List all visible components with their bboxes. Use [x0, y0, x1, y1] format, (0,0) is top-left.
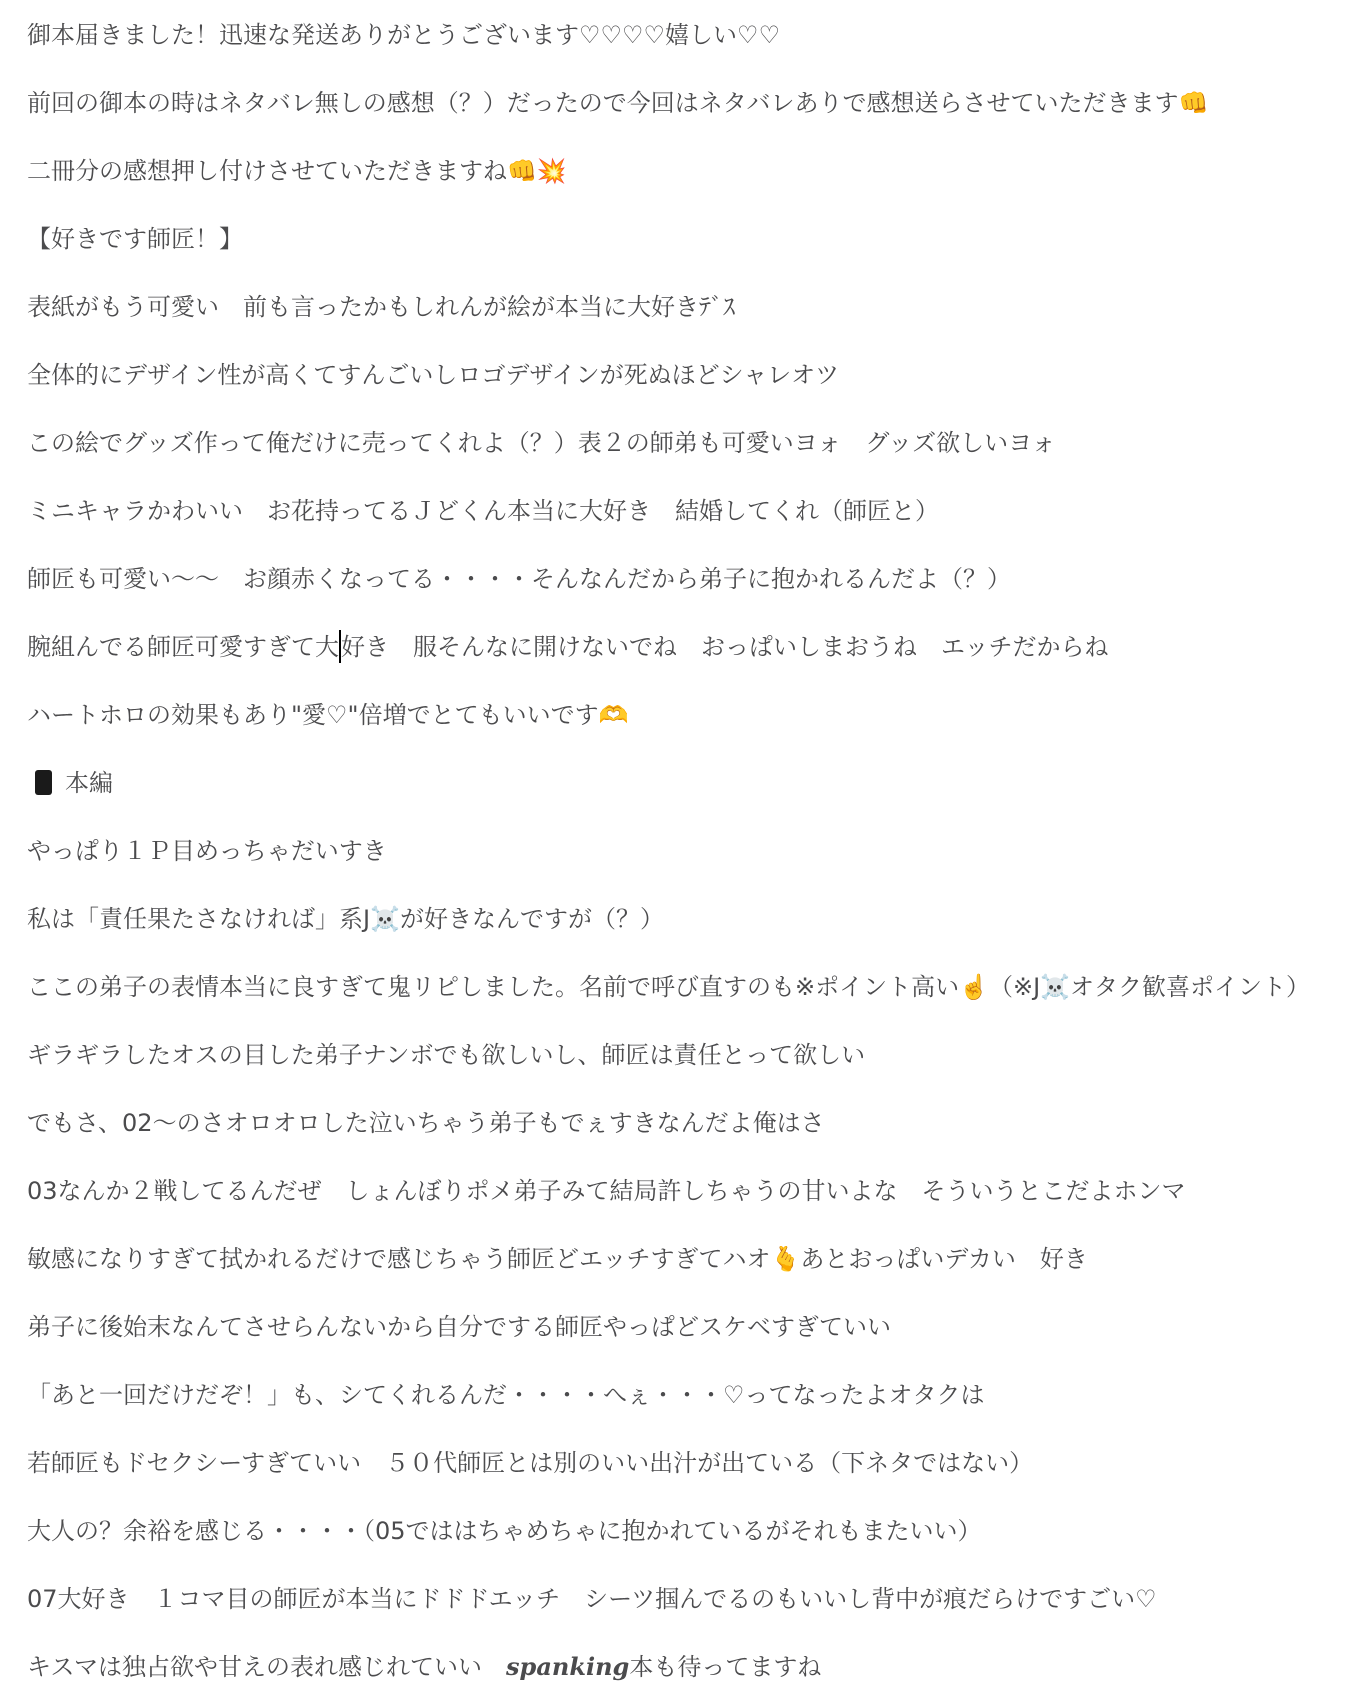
- text-line-with-styled-word[interactable]: キスマは独占欲や甘えの表れ感じれていい spanking本も待ってますね: [27, 1633, 1340, 1696]
- text-line[interactable]: 前回の御本の時はネタバレ無しの感想（？）だったので今回はネタバレありで感想送らさ…: [27, 69, 1340, 137]
- text-line[interactable]: 全体的にデザイン性が高くてすんごいしロゴデザインが死ぬほどシャレオツ: [27, 341, 1340, 409]
- section-heading[interactable]: 本編: [27, 749, 1340, 817]
- text-line[interactable]: 私は「責任果たさなければ」系J☠️が好きなんですが（？）: [27, 885, 1340, 953]
- text-line[interactable]: この絵でグッズ作って俺だけに売ってくれよ（？）表２の師弟も可愛いヨォ グッズ欲し…: [27, 409, 1340, 477]
- text-line[interactable]: やっぱり１Ｐ目めっちゃだいすき: [27, 817, 1340, 885]
- text-line-heading[interactable]: 【好きです師匠！】: [27, 205, 1340, 273]
- text-before-styled-word: キスマは独占欲や甘えの表れ感じれていい: [27, 1653, 506, 1681]
- text-line[interactable]: 敏感になりすぎて拭かれるだけで感じちゃう師匠どエッチすぎてハオ🫰あとおっぱいデカ…: [27, 1225, 1340, 1293]
- fan-letter-editor[interactable]: 御本届きました！迅速な発送ありがとうございます♡♡♡♡嬉しい♡♡ 前回の御本の時…: [27, 1, 1340, 1696]
- text-line[interactable]: 07大好き １コマ目の師匠が本当にドドドエッチ シーツ掴んでるのもいいし背中が痕…: [27, 1565, 1340, 1633]
- text-before-cursor: 腕組んでる師匠可愛すぎて大: [27, 633, 339, 661]
- text-line[interactable]: 03なんか２戦してるんだぜ しょんぼりポメ弟子みて結局許しちゃうの甘いよな そう…: [27, 1157, 1340, 1225]
- text-line[interactable]: ハートホロの効果もあり"愛♡"倍増でとてもいいです🫶: [27, 681, 1340, 749]
- text-line[interactable]: ここの弟子の表情本当に良すぎて鬼リピしました。名前で呼び直すのも※ポイント高い☝…: [27, 953, 1340, 1021]
- text-line[interactable]: 師匠も可愛い～～ お顔赤くなってる・・・・そんなんだから弟子に抱かれるんだよ（？…: [27, 545, 1340, 613]
- text-line[interactable]: 二冊分の感想押し付けさせていただきますね👊💥: [27, 137, 1340, 205]
- text-line[interactable]: 大人の？余裕を感じる・・・・（05でははちゃめちゃに抱かれているがそれもまたいい…: [27, 1497, 1340, 1565]
- text-line[interactable]: 弟子に後始末なんてさせらんないから自分でする師匠やっぱどスケベすぎていい: [27, 1293, 1340, 1361]
- styled-word: spanking: [506, 1652, 629, 1681]
- text-line[interactable]: 御本届きました！迅速な発送ありがとうございます♡♡♡♡嬉しい♡♡: [27, 1, 1340, 69]
- text-after-styled-word: 本も待ってますね: [629, 1653, 821, 1681]
- text-line[interactable]: 「あと一回だけだぞ！」も、シてくれるんだ・・・・へぇ・・・♡ってなったよオタクは: [27, 1361, 1340, 1429]
- text-after-cursor: 好き 服そんなに開けないでね おっぱいしまおうね エッチだからね: [341, 633, 1109, 661]
- black-square-icon: [35, 770, 52, 795]
- text-line[interactable]: ギラギラしたオスの目した弟子ナンボでも欲しいし、師匠は責任とって欲しい: [27, 1021, 1340, 1089]
- text-line[interactable]: 表紙がもう可愛い 前も言ったかもしれんが絵が本当に大好きﾃﾞｽ: [27, 273, 1340, 341]
- text-line[interactable]: ミニキャラかわいい お花持ってるＪどくん本当に大好き 結婚してくれ（師匠と）: [27, 477, 1340, 545]
- section-heading-label: 本編: [65, 769, 113, 797]
- text-line[interactable]: でもさ、02～のさオロオロした泣いちゃう弟子もでぇすきなんだよ俺はさ: [27, 1089, 1340, 1157]
- text-line[interactable]: 若師匠もドセクシーすぎていい ５０代師匠とは別のいい出汁が出ている（下ネタではな…: [27, 1429, 1340, 1497]
- text-line-with-cursor[interactable]: 腕組んでる師匠可愛すぎて大好き 服そんなに開けないでね おっぱいしまおうね エッ…: [27, 613, 1340, 681]
